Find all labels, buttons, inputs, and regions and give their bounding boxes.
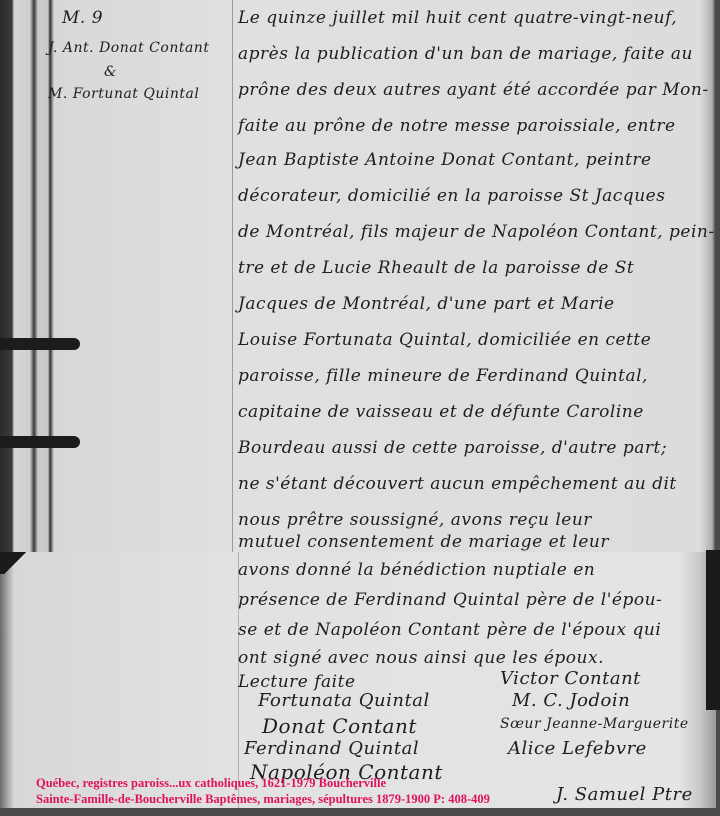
source-caption-line1: Québec, registres paroiss...ux catholiqu… [36, 776, 386, 791]
register-line: avons donné la bénédiction nuptiale en [238, 560, 595, 580]
register-line: Bourdeau aussi de cette paroisse, d'autr… [238, 438, 667, 458]
signature: J. Samuel Ptre [556, 784, 693, 805]
margin-ampersand: & [104, 64, 117, 80]
margin-rule [232, 0, 233, 552]
register-line: mutuel consentement de mariage et leur [238, 532, 609, 552]
register-line: nous prêtre soussigné, avons reçu leur [238, 510, 592, 530]
signature: Alice Lefebvre [508, 738, 647, 759]
register-line: présence de Ferdinand Quintal père de l'… [238, 590, 662, 610]
register-line: paroisse, fille mineure de Ferdinand Qui… [238, 366, 648, 386]
register-line: Louise Fortunata Quintal, domiciliée en … [238, 330, 651, 350]
register-line: capitaine de vaisseau et de défunte Caro… [238, 402, 644, 422]
page-edge-shadow [706, 550, 720, 710]
page-corner [0, 552, 30, 574]
register-line: Le quinze juillet mil huit cent quatre-v… [238, 8, 677, 28]
groom-margin-name: J. Ant. Donat Contant [48, 40, 209, 56]
source-caption-line2: Sainte-Famille-de-Boucherville Baptêmes,… [36, 792, 490, 807]
signature: Donat Contant [262, 714, 417, 738]
register-line: ont signé avec nous ainsi que les époux. [238, 648, 604, 668]
signature: M. C. Jodoin [512, 690, 630, 711]
signature: Sœur Jeanne-Marguerite [500, 716, 689, 732]
register-line: de Montréal, fils majeur de Napoléon Con… [238, 222, 715, 242]
signature: Fortunata Quintal [258, 690, 430, 711]
register-line: Lecture faite [238, 672, 356, 692]
entry-number: M. 9 [62, 8, 103, 28]
register-line: après la publication d'un ban de mariage… [238, 44, 693, 64]
signature: Victor Contant [500, 668, 641, 689]
register-line: Jacques de Montréal, d'une part et Marie [238, 294, 615, 314]
bride-margin-name: M. Fortunat Quintal [48, 86, 199, 102]
binder-clip-icon [0, 338, 80, 350]
register-line: décorateur, domicilié en la paroisse St … [238, 186, 665, 206]
signature: Ferdinand Quintal [244, 738, 419, 759]
register-line: faite au prône de notre messe paroissial… [238, 116, 676, 136]
register-line: se et de Napoléon Contant père de l'épou… [238, 620, 661, 640]
register-line: prône des deux autres ayant été accordée… [238, 80, 709, 100]
binder-clip-icon [0, 436, 80, 448]
register-line: ne s'étant découvert aucun empêchement a… [238, 474, 677, 494]
register-line: tre et de Lucie Rheault de la paroisse d… [238, 258, 634, 278]
register-line: Jean Baptiste Antoine Donat Contant, pei… [238, 150, 652, 170]
